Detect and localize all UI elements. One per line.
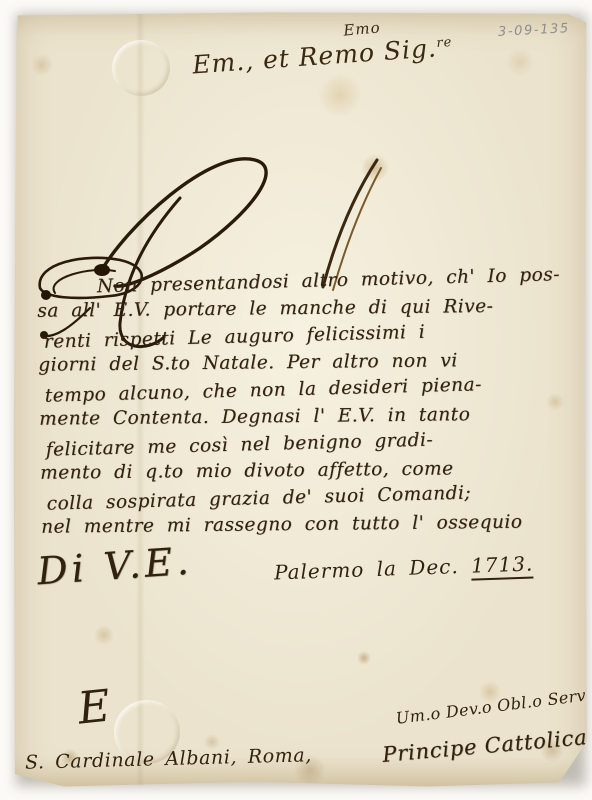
annotation-initial: E <box>75 680 112 734</box>
watermark-emboss-top <box>112 40 170 96</box>
recipient-address: S. Cardinale Albani, Roma, <box>25 744 312 774</box>
salutation-header: Emo Em., et Remo Sig.re <box>192 20 492 69</box>
dateline-year: 1713. <box>471 551 534 580</box>
letter-body: Non presentandosi altro motivo, ch' Io p… <box>43 264 560 543</box>
letter-paper: 3-09-135 Emo Em., et Remo Sig.re <box>12 10 588 788</box>
valediction: Um.o Dev.o Obl.o Servo vero <box>395 679 592 728</box>
scan-background: 3-09-135 Emo Em., et Remo Sig.re <box>0 0 592 800</box>
body-line: nel mentre mi rassegno con tutto l' osse… <box>41 508 553 540</box>
dateline-place: Palermo la Dec. <box>274 554 459 584</box>
salutation-superscript: re <box>436 35 453 51</box>
dateline: Palermo la Dec. 1713. <box>274 551 534 584</box>
signature: Principe Cattolica <box>381 725 588 767</box>
closing-formula: Di V.E. <box>36 539 194 594</box>
catalog-number: 3-09-135 <box>498 21 570 40</box>
